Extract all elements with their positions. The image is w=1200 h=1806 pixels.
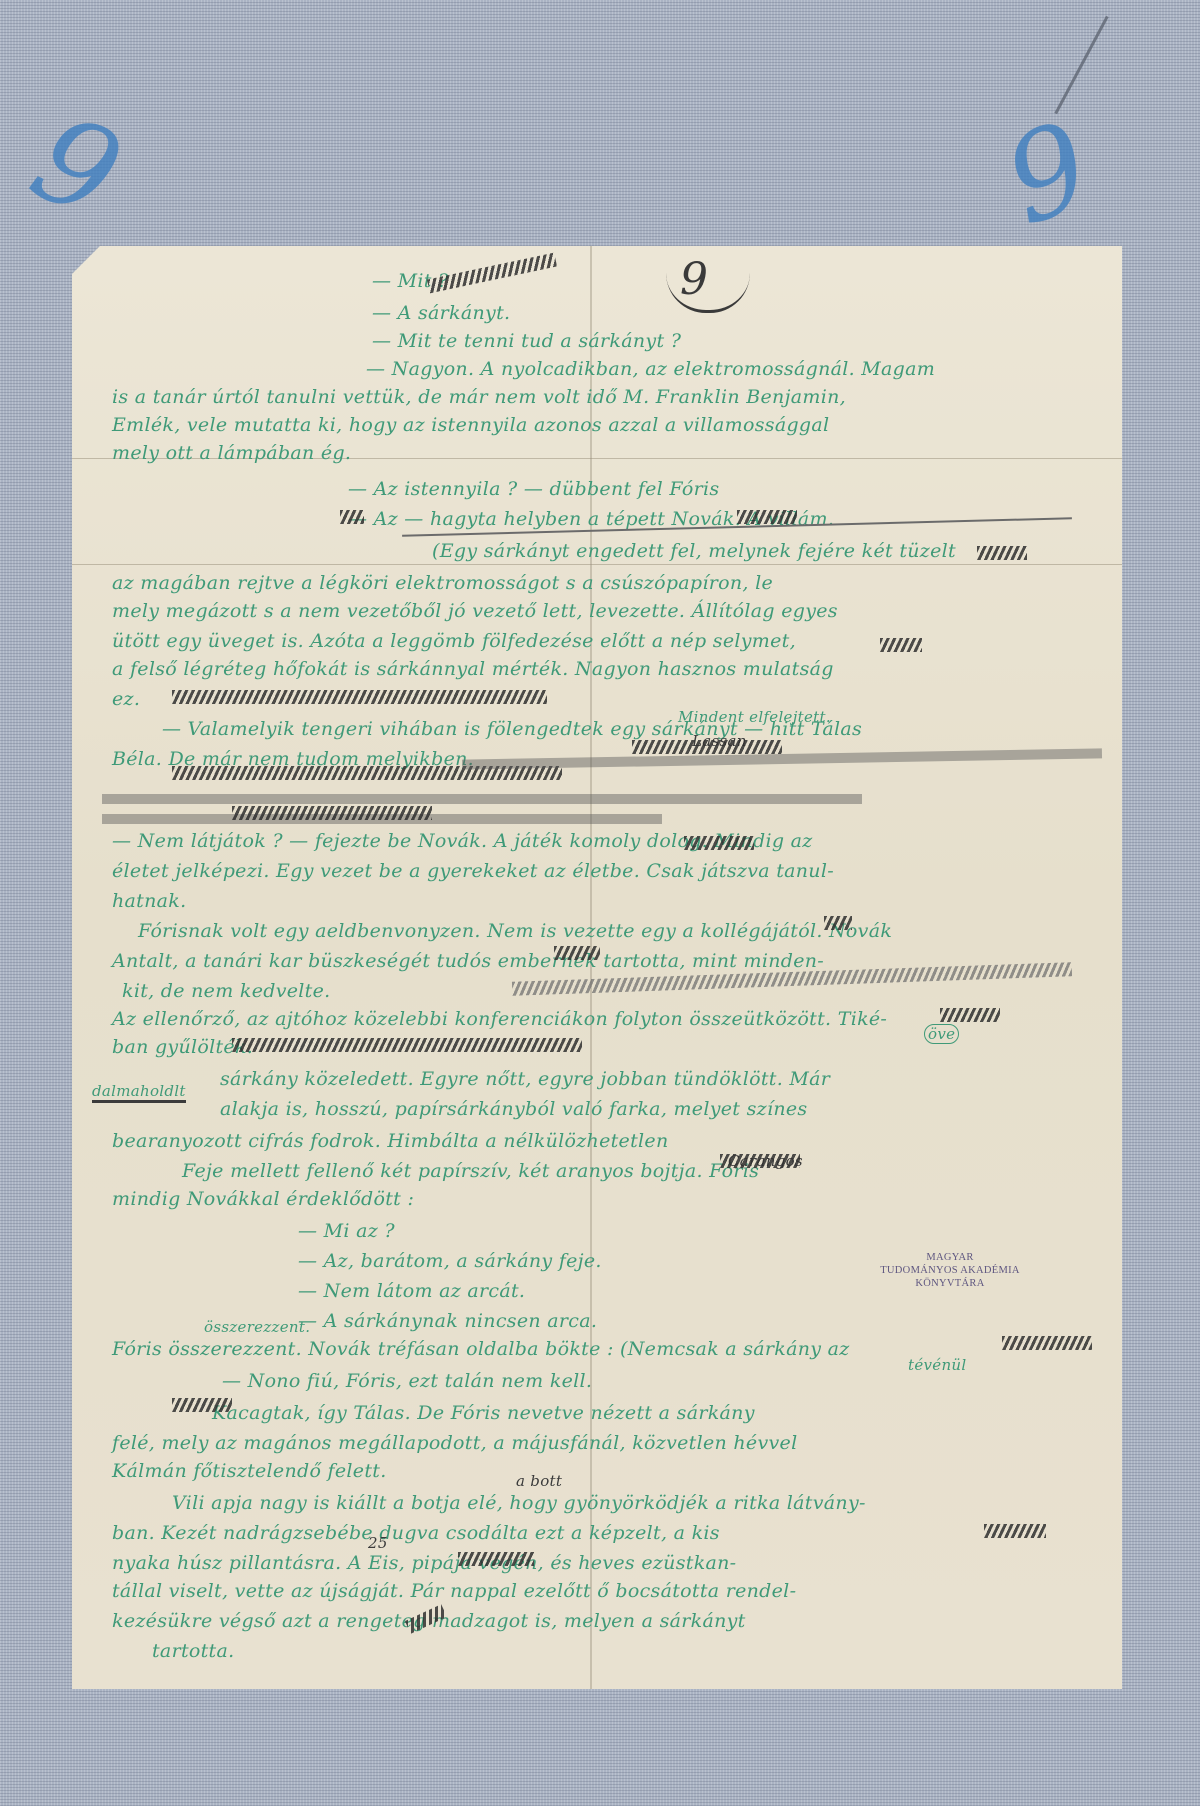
- manuscript-line: — A sárkánynak nincsen arca.: [298, 1310, 597, 1332]
- manuscript-line: mely megázott s a nem vezetőből jó vezet…: [112, 600, 838, 622]
- blue-crayon-mark-left: 9: [16, 97, 136, 238]
- blue-crayon-mark-right: 9: [992, 106, 1105, 245]
- pencil-deletion: [984, 1524, 1046, 1538]
- marginal-correction: dalmaholdlt: [92, 1082, 186, 1103]
- manuscript-line: Feje mellett fellenő két papírszív, két …: [182, 1160, 759, 1182]
- pencil-deletion: [632, 740, 782, 754]
- pencil-deletion: [554, 946, 600, 960]
- pencil-deletion: [232, 1038, 582, 1052]
- pencil-deletion: [737, 510, 797, 524]
- pencil-mark-top-right: [1054, 16, 1108, 115]
- manuscript-line: bearanyozott cifrás fodrok. Himbálta a n…: [112, 1130, 669, 1152]
- manuscript-line: hatnak.: [112, 890, 186, 912]
- marginal-correction: összerezzent.: [204, 1318, 310, 1336]
- manuscript-line: — Az istennyila ? — dübbent fel Fóris: [348, 478, 719, 500]
- pencil-deletion: [1002, 1336, 1092, 1350]
- pencil-deletion: [684, 836, 754, 850]
- manuscript-line: Fóris összerezzent. Novák tréfásan oldal…: [112, 1338, 850, 1360]
- manuscript-line: (Egy sárkányt engedett fel, melynek fejé…: [432, 540, 956, 562]
- pencil-deletion: [940, 1008, 1000, 1022]
- manuscript-line: is a tanár úrtól tanulni vettük, de már …: [112, 386, 846, 408]
- manuscript-line: tartotta.: [152, 1640, 234, 1662]
- manuscript-line: — A sárkányt.: [372, 302, 510, 324]
- manuscript-line: kit, de nem kedvelte.: [122, 980, 330, 1002]
- manuscript-line: az magában rejtve a légköri elektromossá…: [112, 572, 773, 594]
- manuscript-line: — Az, barátom, a sárkány feje.: [298, 1250, 602, 1272]
- marginal-correction: a bott: [516, 1472, 562, 1490]
- pencil-deletion: [172, 690, 547, 704]
- manuscript-line: Vili apja nagy is kiállt a botja elé, ho…: [172, 1492, 866, 1514]
- marginal-correction: öve: [924, 1024, 959, 1044]
- pencil-deletion: [172, 1398, 232, 1412]
- pencil-deletion: [977, 546, 1027, 560]
- manuscript-line: — Nono fiú, Fóris, ezt talán nem kell.: [222, 1370, 592, 1392]
- marginal-correction: 25: [368, 1534, 388, 1552]
- manuscript-line: nyaka húsz pillantásra. A Eis, pipája vé…: [112, 1552, 736, 1574]
- manuscript-line: — Mit te tenni tud a sárkányt ?: [372, 330, 681, 352]
- manuscript-line: Emlék, vele mutatta ki, hogy az istennyi…: [112, 414, 829, 436]
- library-stamp: MAGYAR TUDOMÁNYOS AKADÉMIA KÖNYVTÁRA: [870, 1251, 1030, 1290]
- manuscript-line: életet jelképezi. Egy vezet be a gyereke…: [112, 860, 834, 882]
- manuscript-line: Kálmán főtisztelendő felett.: [112, 1460, 387, 1482]
- pencil-deletion: [340, 510, 364, 524]
- manuscript-line: — Nagyon. A nyolcadikban, az elektromoss…: [366, 358, 935, 380]
- pencil-deletion: [824, 916, 852, 930]
- marginal-correction: Mindent elfelejtett.: [678, 708, 831, 726]
- manuscript-line: mindig Novákkal érdeklődött :: [112, 1188, 414, 1210]
- manuscript-line: alakja is, hosszú, papírsárkányból való …: [220, 1098, 807, 1120]
- manuscript-line: tállal viselt, vette az újságját. Pár na…: [112, 1580, 796, 1602]
- pencil-deletion: [458, 1552, 534, 1566]
- manuscript-line: — Nem látom az arcát.: [298, 1280, 525, 1302]
- manuscript-line: Kacagtak, így Tálas. De Fóris nevetve né…: [212, 1402, 755, 1424]
- manuscript-line: Antalt, a tanári kar büszkeségét tudós e…: [112, 950, 824, 972]
- marginal-correction: tévénül: [908, 1356, 966, 1374]
- manuscript-sheet: 9 — Mit ?— A sárkányt.— Mit te tenni tud…: [72, 246, 1122, 1689]
- pencil-deletion: [720, 1154, 800, 1168]
- pencil-deletion: [880, 638, 922, 652]
- manuscript-line: Fórisnak volt egy aeldbenvonyzen. Nem is…: [138, 920, 892, 942]
- pencil-deletion: [232, 806, 432, 820]
- manuscript-line: a felső légréteg hőfokát is sárkánnyal m…: [112, 658, 834, 680]
- manuscript-line: Az ellenőrző, az ajtóhoz közelebbi konfe…: [112, 1008, 887, 1030]
- manuscript-line: felé, mely az magános megállapodott, a m…: [112, 1432, 797, 1454]
- manuscript-line: sárkány közeledett. Egyre nőtt, egyre jo…: [220, 1068, 830, 1090]
- manuscript-line: ez.: [112, 688, 140, 710]
- manuscript-line: ütött egy üveget is. Azóta a leggömb föl…: [112, 630, 796, 652]
- manuscript-line: ban. Kezét nadrágzsebébe dugva csodálta …: [112, 1522, 720, 1544]
- manuscript-line: — Mi az ?: [298, 1220, 395, 1242]
- pencil-deletion-band: [102, 794, 862, 804]
- manuscript-line: mely ott a lámpában ég.: [112, 442, 351, 464]
